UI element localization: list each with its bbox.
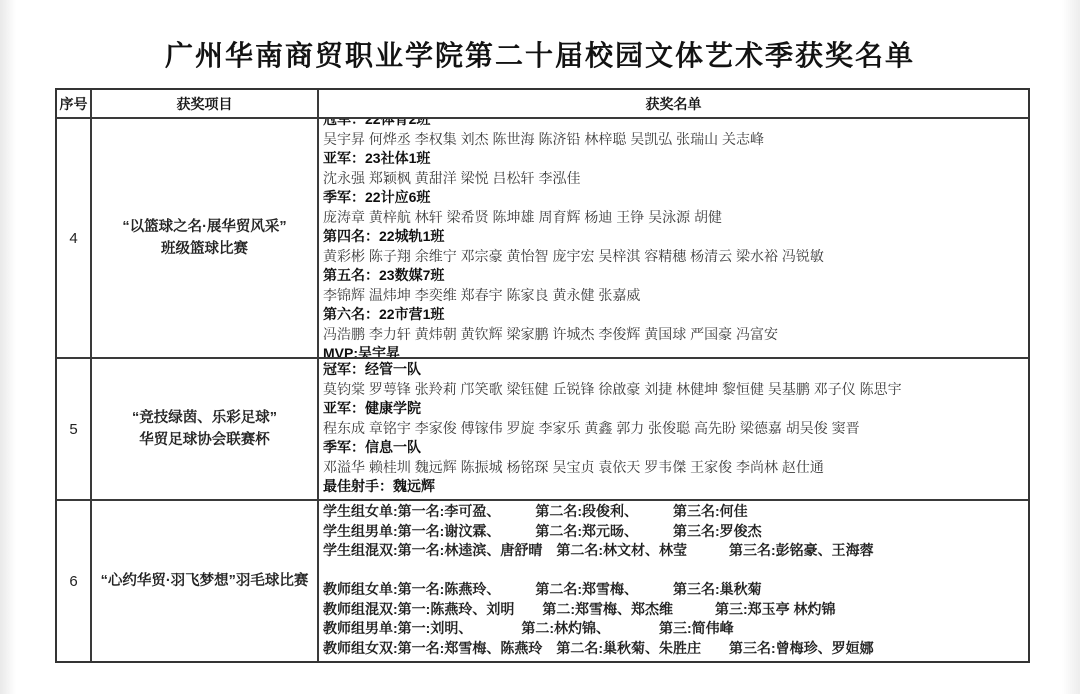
winner-names-line [323, 561, 1028, 581]
awards-table: 序号 获奖项目 获奖名单 4“以篮球之名·展华贸风采”班级篮球比赛冠军：22体育… [55, 88, 1030, 663]
project-cell: “心约华贸·羽飞梦想”羽毛球比赛 [92, 501, 319, 661]
table-row: 6“心约华贸·羽飞梦想”羽毛球比赛学生组女单:第一名:李可盈、 第二名:段俊利、… [57, 499, 1028, 661]
winner-names-line: 莫钧棠 罗萼锋 张羚莉 邝笑歌 梁钰健 丘锐锋 徐啟豪 刘捷 林健坤 黎恒健 吴… [323, 380, 1028, 400]
table-rows: 4“以篮球之名·展华贸风采”班级篮球比赛冠军：22体育2班吴宇昇 何烨丞 李权集… [57, 117, 1028, 661]
project-name-line: “以篮球之名·展华贸风采” [122, 216, 286, 238]
rank-line: 学生组混双:第一名:林逵滨、唐舒晴 第二名:林文材、林莹 第三名:彭铭豪、王海蓉 [323, 541, 1028, 561]
rank-line: 教师组女单:第一名:陈燕玲、 第二名:郑雪梅、 第三名:巢秋菊 [323, 580, 1028, 600]
rank-line: 第五名：23数媒7班 [323, 266, 1028, 286]
row-number: 4 [57, 119, 92, 357]
rank-line: 教师组女双:第一名:郑雪梅、陈燕玲 第二名:巢秋菊、朱胜庄 第三名:曾梅珍、罗姮… [323, 639, 1028, 659]
col-header-winners: 获奖名单 [319, 90, 1028, 117]
winners-cell: 学生组女单:第一名:李可盈、 第二名:段俊利、 第三名:何佳学生组男单:第一名:… [319, 501, 1028, 661]
winners-cell: 冠军：22体育2班吴宇昇 何烨丞 李权集 刘杰 陈世海 陈济铅 林梓聪 吴凯弘 … [319, 119, 1028, 357]
document-sheet: 广州华南商贸职业学院第二十届校园文体艺术季获奖名单 序号 获奖项目 获奖名单 4… [0, 0, 1080, 694]
rank-line: 学生组女单:第一名:李可盈、 第二名:段俊利、 第三名:何佳 [323, 502, 1028, 522]
winners-block: 学生组女单:第一名:李可盈、 第二名:段俊利、 第三名:何佳学生组男单:第一名:… [323, 502, 1028, 658]
winner-names-line: 沈永强 郑颖枫 黄甜洋 梁悦 吕松轩 李泓佳 [323, 169, 1028, 189]
project-name-line: “心约华贸·羽飞梦想”羽毛球比赛 [101, 570, 309, 592]
rank-line: 亚军：23社体1班 [323, 149, 1028, 169]
rank-line: 第六名：22市营1班 [323, 305, 1028, 325]
rank-line: 季军：22计应6班 [323, 188, 1028, 208]
rank-line: 冠军：经管一队 [323, 360, 1028, 380]
project-name-line: “竞技绿茵、乐彩足球” [132, 407, 277, 429]
winner-names-line: 邓溢华 赖桂圳 魏远辉 陈振城 杨铭琛 吴宝贞 袁依天 罗韦傑 王家俊 李尚林 … [323, 458, 1028, 478]
winner-names-line: 吴宇昇 何烨丞 李权集 刘杰 陈世海 陈济铅 林梓聪 吴凯弘 张瑞山 关志峰 [323, 130, 1028, 150]
project-name-line: 班级篮球比赛 [161, 238, 248, 260]
winners-block: 冠军：经管一队莫钧棠 罗萼锋 张羚莉 邝笑歌 梁钰健 丘锐锋 徐啟豪 刘捷 林健… [323, 360, 1028, 497]
rank-line: 教师组男单:第一:刘明、 第二:林灼锦、 第三:简伟峰 [323, 619, 1028, 639]
rank-line: 季军：信息一队 [323, 438, 1028, 458]
winner-names-line: 黄彩彬 陈子翔 余维宁 邓宗豪 黄怡智 庞宇宏 吴梓淇 容精穗 杨清云 梁水裕 … [323, 247, 1028, 267]
winner-names-line: 庞涛章 黄梓航 林轩 梁希贤 陈坤雄 周育辉 杨迪 王铮 吴泳源 胡健 [323, 208, 1028, 228]
project-cell: “竞技绿茵、乐彩足球”华贸足球协会联赛杯 [92, 359, 319, 499]
row-number: 6 [57, 501, 92, 661]
col-header-project: 获奖项目 [92, 90, 319, 117]
document-title: 广州华南商贸职业学院第二十届校园文体艺术季获奖名单 [0, 34, 1080, 74]
rank-line: 最佳射手：魏远辉 [323, 477, 1028, 497]
row-number: 5 [57, 359, 92, 499]
rank-line: 冠军：22体育2班 [323, 119, 1028, 130]
winners-cell: 冠军：经管一队莫钧棠 罗萼锋 张羚莉 邝笑歌 梁钰健 丘锐锋 徐啟豪 刘捷 林健… [319, 359, 1028, 499]
rank-line: 第四名：22城轨1班 [323, 227, 1028, 247]
rank-line: 亚军：健康学院 [323, 399, 1028, 419]
table-header-row: 序号 获奖项目 获奖名单 [57, 90, 1028, 117]
rank-line: 教师组混双:第一:陈燕玲、刘明 第二:郑雪梅、郑杰维 第三:郑玉亭 林灼锦 [323, 600, 1028, 620]
col-header-index: 序号 [57, 90, 92, 117]
rank-line: 学生组男单:第一名:谢汶霖、 第二名:郑元旸、 第三名:罗俊杰 [323, 522, 1028, 542]
project-name-line: 华贸足球协会联赛杯 [139, 429, 270, 451]
table-row: 5“竞技绿茵、乐彩足球”华贸足球协会联赛杯冠军：经管一队莫钧棠 罗萼锋 张羚莉 … [57, 357, 1028, 499]
table-row: 4“以篮球之名·展华贸风采”班级篮球比赛冠军：22体育2班吴宇昇 何烨丞 李权集… [57, 117, 1028, 357]
rank-line: MVP:吴宇昇 [323, 344, 1028, 357]
winner-names-line: 程东成 章铭宇 李家俊 傅镓伟 罗旋 李家乐 黄鑫 郭力 张俊聪 高先盼 梁德嘉… [323, 419, 1028, 439]
winner-names-line: 冯浩鹏 李力轩 黄炜朝 黄钦辉 梁家鹏 许城杰 李俊辉 黄国球 严国豪 冯富安 [323, 325, 1028, 345]
winner-names-line: 李锦辉 温炜坤 李奕维 郑春宇 陈家良 黄永健 张嘉威 [323, 286, 1028, 306]
project-cell: “以篮球之名·展华贸风采”班级篮球比赛 [92, 119, 319, 357]
winners-block: 冠军：22体育2班吴宇昇 何烨丞 李权集 刘杰 陈世海 陈济铅 林梓聪 吴凯弘 … [323, 119, 1028, 357]
